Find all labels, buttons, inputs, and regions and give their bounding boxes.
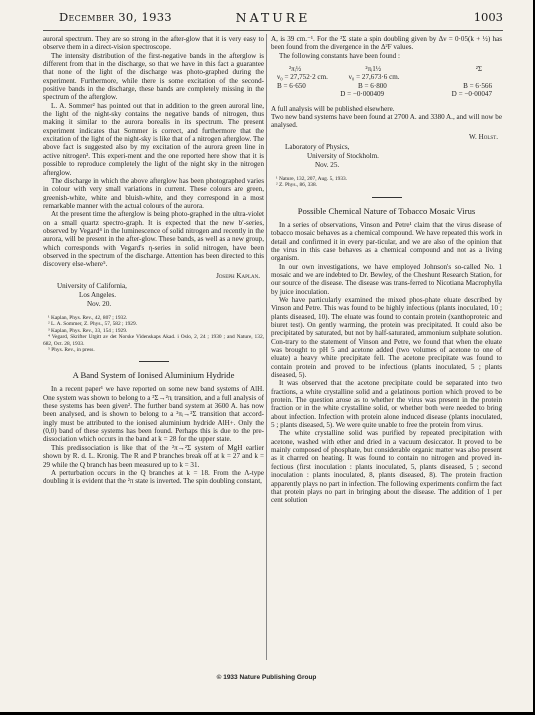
paragraph: At the present time the afterglow is bei… [43,210,264,268]
references: ¹ Kaplan, Phys. Rev., 42, 807 ; 1932. ² … [43,315,264,353]
reference: ⁴ Vegard, Skrifter Utgitt av det Norske … [43,334,264,347]
paragraph: A perturbation occurs in the Q branches … [43,469,264,486]
paragraph: In a series of observations, Vinson and … [271,221,502,263]
table-cell [277,90,340,98]
paragraph: auroral spectrum. They are so strong in … [43,35,264,52]
paragraph: The white crystalline solid was purified… [271,429,502,504]
address-line: University of California, [57,282,264,291]
author-address: Laboratory of Physics, University of Sto… [285,143,502,170]
left-column: auroral spectrum. They are so strong in … [43,35,264,486]
table-cell: B = 6·566 [425,82,492,90]
address-line: Nov. 20. [87,300,264,309]
address-line: Los Angeles. [79,291,264,300]
table-header-row: ²πᵢ½ ²πᵢ1½ ²Σ [277,65,492,73]
article-separator [372,197,402,198]
paragraph: It was observed that the acetone precipi… [271,379,502,429]
author-signature: W. Holst. [271,133,498,141]
table-cell: B = 6·650 [277,82,344,90]
table-row: ν₀ = 27,752·2 cm. ν₀ = 27,673·6 cm. [277,73,492,81]
paragraph: Two new band systems have been found at … [271,113,502,130]
column-divider [266,34,267,660]
paragraph: L. A. Sommer² has pointed out that in ad… [43,102,264,177]
paragraph: A full analysis will be published elsewh… [271,105,502,113]
reference: ⁵ Phys. Rev., in press. [43,347,264,353]
page-header: December 30, 1933 NATURE 1003 [43,10,503,28]
right-column: A, is 39 cm.⁻¹. For the ²Σ state a spin … [271,35,502,505]
table-header: ²Σ [424,65,492,73]
paragraph: The following constants have been found … [271,52,502,60]
copyright-footer: © 1933 Nature Publishing Group [0,674,533,681]
article-title: A Band System of Ionised Aluminium Hydri… [43,370,264,380]
article-title: Possible Chemical Nature of Tobacco Mosa… [271,206,502,216]
table-row: B = 6·650 B = 6·800 B = 6·566 [277,82,492,90]
table-header: ²πᵢ½ [277,65,347,73]
table-cell: ν₀ = 27,673·6 cm. [349,73,421,81]
journal-page: December 30, 1933 NATURE 1003 auroral sp… [0,0,533,712]
table-cell: D = −0·00047 [429,90,492,98]
address-line: Laboratory of Physics, [285,143,502,152]
table-row: D = −0·000409 D = −0·00047 [277,90,492,98]
references: ¹ Nature, 132, 207, Aug. 5, 1933. ² Z. P… [271,176,502,189]
article-separator [139,361,169,362]
paragraph: This predissociation is like that of the… [43,444,264,469]
table-cell [420,73,492,81]
address-line: University of Stockholm. [307,152,502,161]
table-cell: ν₀ = 27,752·2 cm. [277,73,349,81]
table-cell: B = 6·800 [344,82,425,90]
journal-title: NATURE [43,10,503,25]
table-header: ²πᵢ1½ [347,65,423,73]
table-cell: D = −0·000409 [340,90,429,98]
paragraph: We have particularly examined the mixed … [271,296,502,379]
header-rule [43,30,503,31]
paragraph: The discharge in which the above aftergl… [43,177,264,210]
author-signature: Joseph Kaplan. [43,272,260,280]
paragraph: A, is 39 cm.⁻¹. For the ²Σ state a spin … [271,35,502,52]
constants-table: ²πᵢ½ ²πᵢ1½ ²Σ ν₀ = 27,752·2 cm. ν₀ = 27,… [277,65,492,99]
author-address: University of California, Los Angeles. N… [57,282,264,309]
paragraph: In our own investigations, we have emplo… [271,263,502,296]
page-number: 1003 [474,10,503,24]
reference: ² Z. Phys., 86, 338. [271,182,502,188]
paragraph: The intensity distribution of the first-… [43,52,264,102]
paragraph: In a recent paper¹ we have reported on s… [43,385,264,443]
address-line: Nov. 25. [315,161,502,170]
